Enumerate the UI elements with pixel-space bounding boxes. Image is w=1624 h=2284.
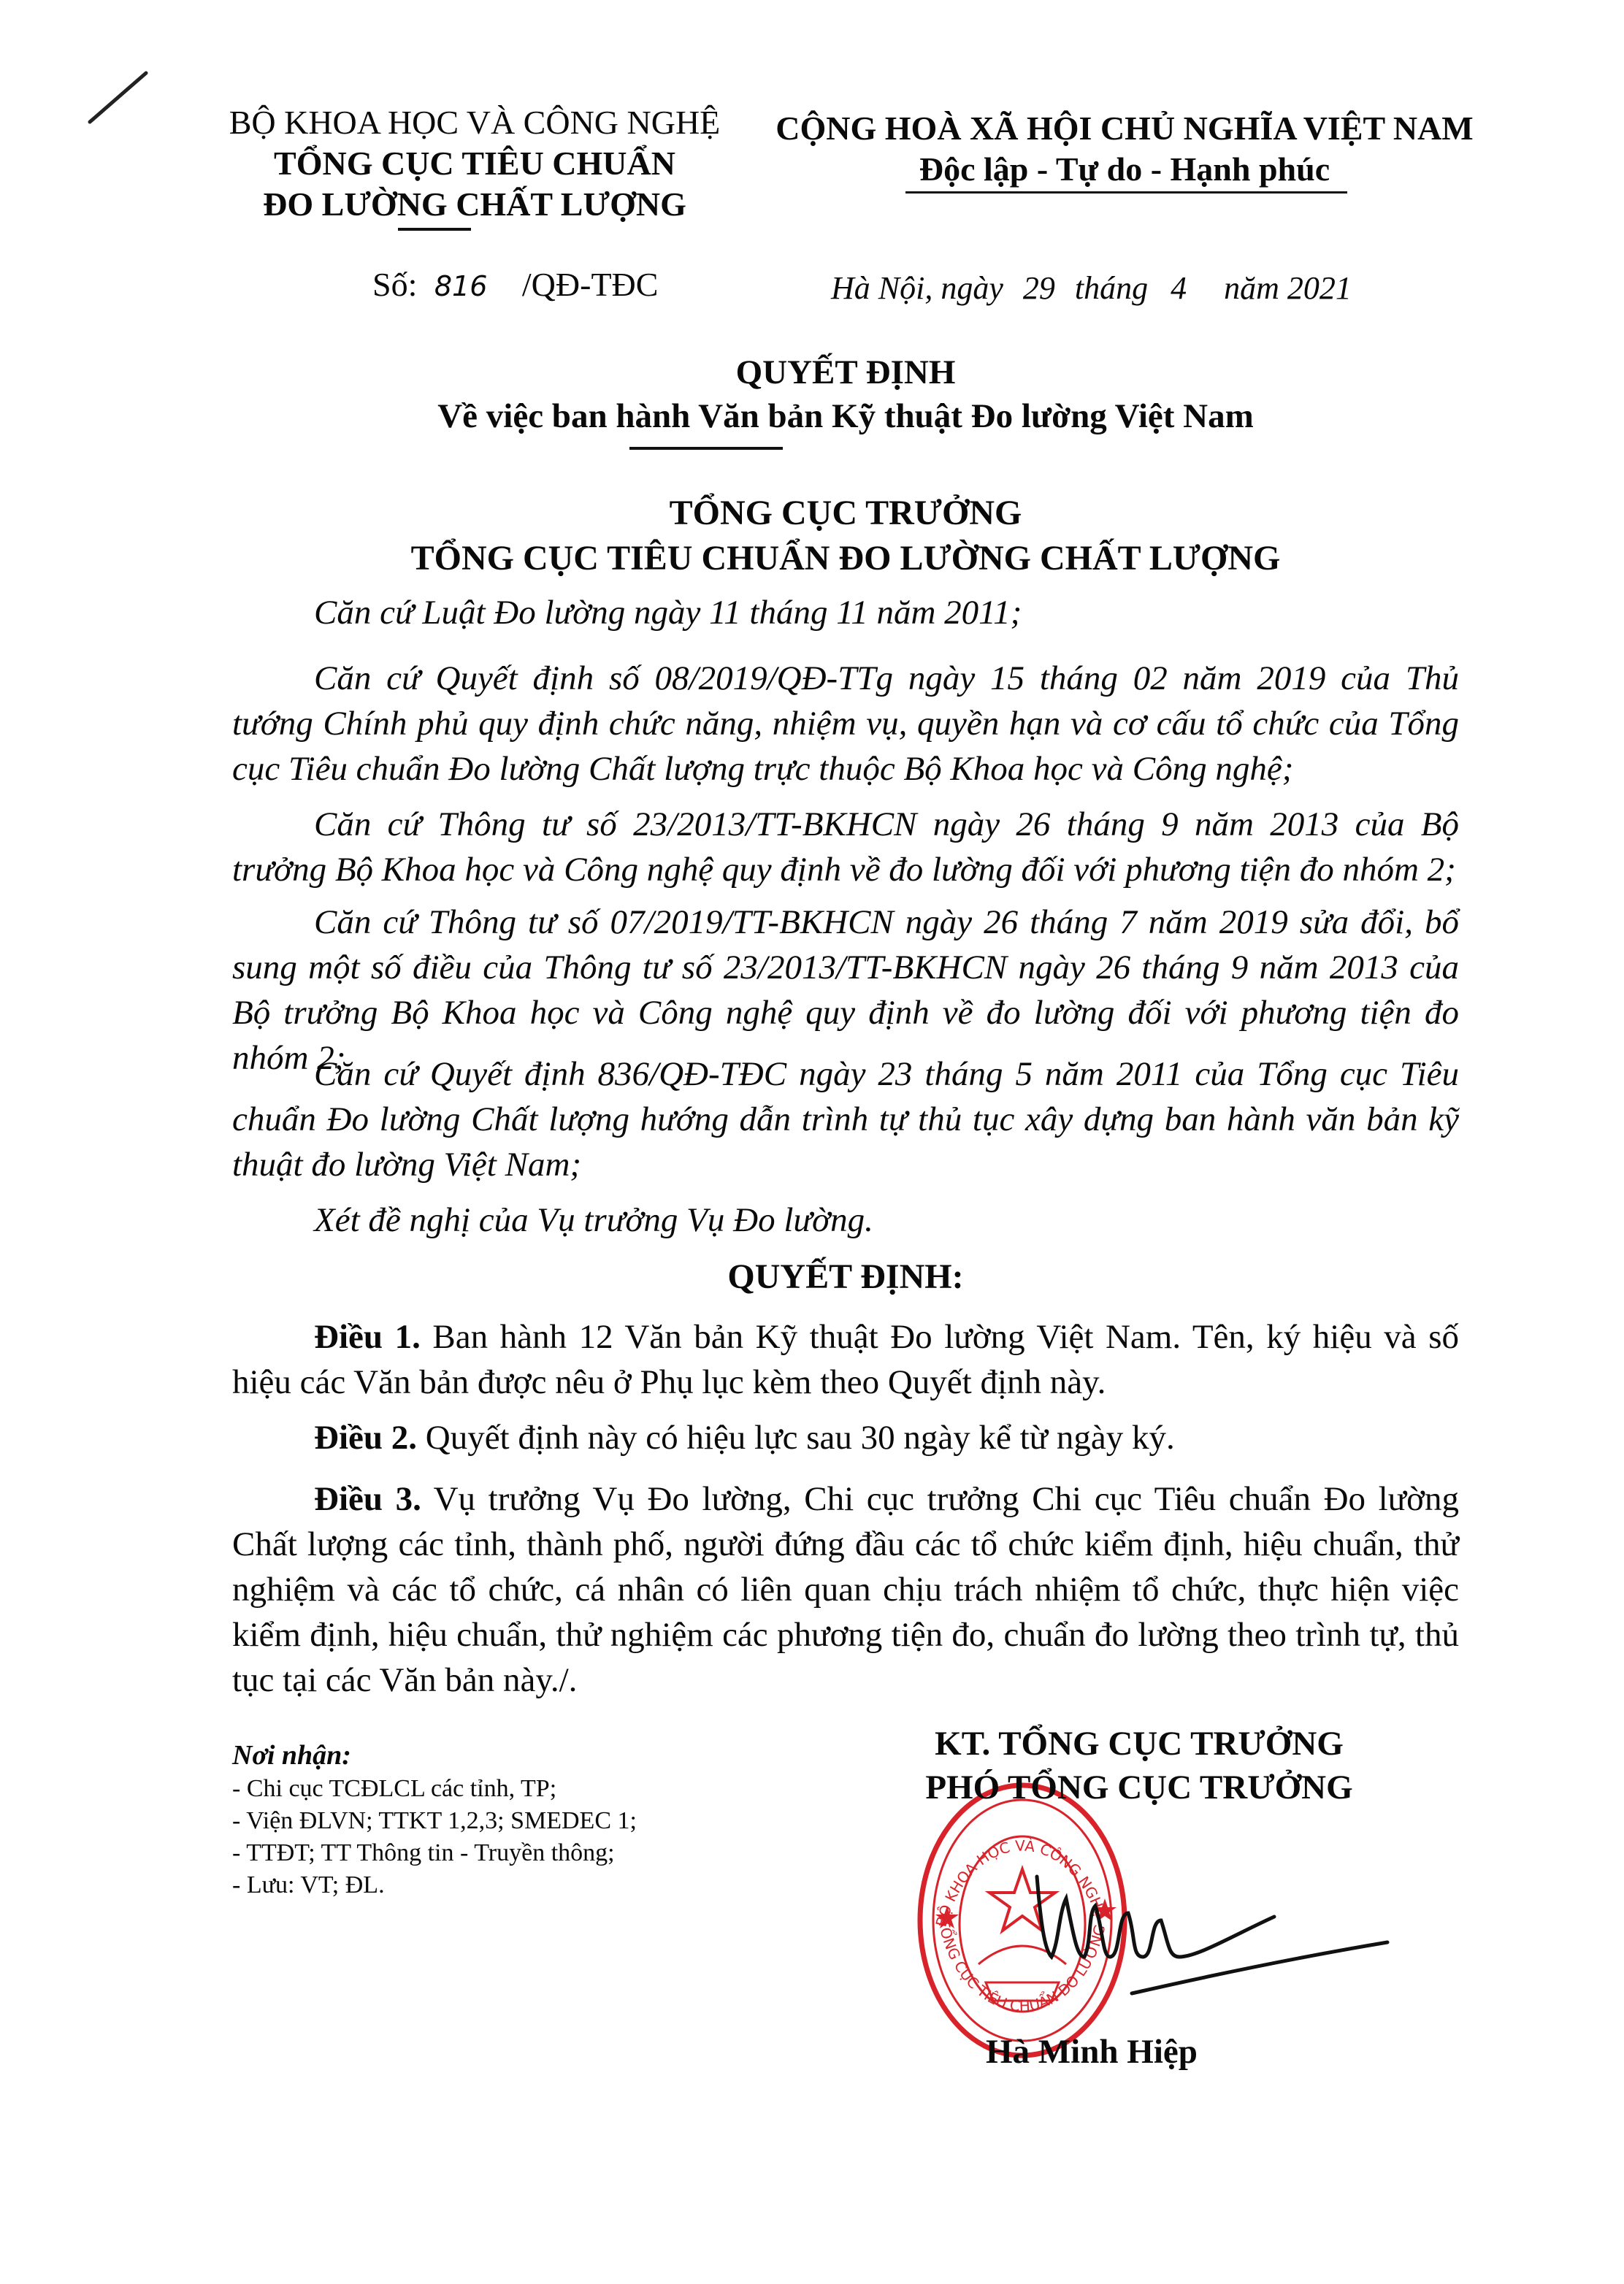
doc-number-prefix: Số: (372, 266, 417, 303)
legal-basis-3: Căn cứ Thông tư số 23/2013/TT-BKHCN ngày… (232, 802, 1459, 892)
agency-name-line2: ĐO LƯỜNG CHẤT LƯỢNG (197, 184, 752, 225)
country-name: CỘNG HOÀ XÃ HỘI CHỦ NGHĨA VIỆT NAM (774, 108, 1475, 149)
authority-title: TỔNG CỤC TRƯỞNG (232, 491, 1459, 536)
signature-title-line2: PHÓ TỔNG CỤC TRƯỞNG (854, 1766, 1424, 1809)
document-title: QUYẾT ĐỊNH Về việc ban hành Văn bản Kỹ t… (232, 350, 1459, 438)
article-2-text: Quyết định này có hiệu lực sau 30 ngày k… (417, 1419, 1175, 1457)
legal-basis-5: Căn cứ Quyết định 836/QĐ-TĐC ngày 23 thá… (232, 1051, 1459, 1187)
recipients-heading: Nơi nhận: (232, 1738, 831, 1773)
handwritten-signature (1022, 1855, 1402, 2001)
article-2: Điều 2. Quyết định này có hiệu lực sau 3… (232, 1415, 1459, 1460)
issuing-authority: TỔNG CỤC TRƯỞNG TỔNG CỤC TIÊU CHUẨN ĐO L… (232, 491, 1459, 581)
title-main: QUYẾT ĐỊNH (232, 350, 1459, 394)
signer-name: Hà Minh Hiệp (986, 2030, 1198, 2074)
issuing-agency-header: BỘ KHOA HỌC VÀ CÔNG NGHỆ TỔNG CỤC TIÊU C… (197, 102, 752, 225)
national-motto-header: CỘNG HOÀ XÃ HỘI CHỦ NGHĨA VIỆT NAM Độc l… (774, 108, 1475, 190)
year-label: năm 2021 (1224, 270, 1352, 306)
pen-mark (84, 69, 150, 128)
legal-basis-6: Xét đề nghị của Vụ trưởng Vụ Đo lường. (232, 1197, 1459, 1243)
article-3: Điều 3. Vụ trưởng Vụ Đo lường, Chi cục t… (232, 1476, 1459, 1703)
recipient-item: - Chi cục TCĐLCL các tỉnh, TP; (232, 1773, 831, 1805)
place-label: Hà Nội, ngày (831, 270, 1003, 306)
doc-number-suffix: /QĐ-TĐC (522, 266, 659, 303)
recipient-item: - Lưu: VT; ĐL. (232, 1869, 831, 1901)
article-2-label: Điều 2. (314, 1419, 417, 1457)
recipient-item: - Viện ĐLVN; TTKT 1,2,3; SMEDEC 1; (232, 1805, 831, 1837)
signature-title: KT. TỔNG CỤC TRƯỞNG PHÓ TỔNG CỤC TRƯỞNG (854, 1722, 1424, 1809)
date-day-handwritten: 29 (1023, 270, 1055, 306)
recipient-item: - TTĐT; TT Thông tin - Truyền thông; (232, 1837, 831, 1869)
decision-heading: QUYẾT ĐỊNH: (232, 1254, 1459, 1300)
date-month-handwritten: 4 (1171, 270, 1187, 306)
ministry-name: BỘ KHOA HỌC VÀ CÔNG NGHỆ (197, 102, 752, 143)
document-number: Số: 816 /QĐ-TĐC (372, 263, 658, 308)
article-1-label: Điều 1. (314, 1318, 421, 1356)
agency-name-line1: TỔNG CỤC TIÊU CHUẨN (197, 143, 752, 184)
recipients-block: Nơi nhận: - Chi cục TCĐLCL các tỉnh, TP;… (232, 1738, 831, 1901)
article-1: Điều 1. Ban hành 12 Văn bản Kỹ thuật Đo … (232, 1314, 1459, 1405)
month-label: tháng (1075, 270, 1148, 306)
title-subtitle: Về việc ban hành Văn bản Kỹ thuật Đo lườ… (232, 394, 1459, 438)
place-date: Hà Nội, ngày 29 tháng 4 năm 2021 (831, 267, 1352, 310)
motto: Độc lập - Tự do - Hạnh phúc (774, 149, 1475, 190)
authority-agency: TỔNG CỤC TIÊU CHUẨN ĐO LƯỜNG CHẤT LƯỢNG (232, 536, 1459, 581)
article-3-label: Điều 3. (314, 1480, 421, 1518)
legal-basis-1: Căn cứ Luật Đo lường ngày 11 tháng 11 nă… (232, 590, 1459, 635)
motto-underline (905, 191, 1347, 193)
signature-title-line1: KT. TỔNG CỤC TRƯỞNG (854, 1722, 1424, 1766)
title-underline (629, 447, 783, 450)
doc-number-handwritten: 816 (434, 270, 488, 302)
legal-basis-2: Căn cứ Quyết định số 08/2019/QĐ-TTg ngày… (232, 656, 1459, 792)
agency-underline (398, 228, 471, 231)
